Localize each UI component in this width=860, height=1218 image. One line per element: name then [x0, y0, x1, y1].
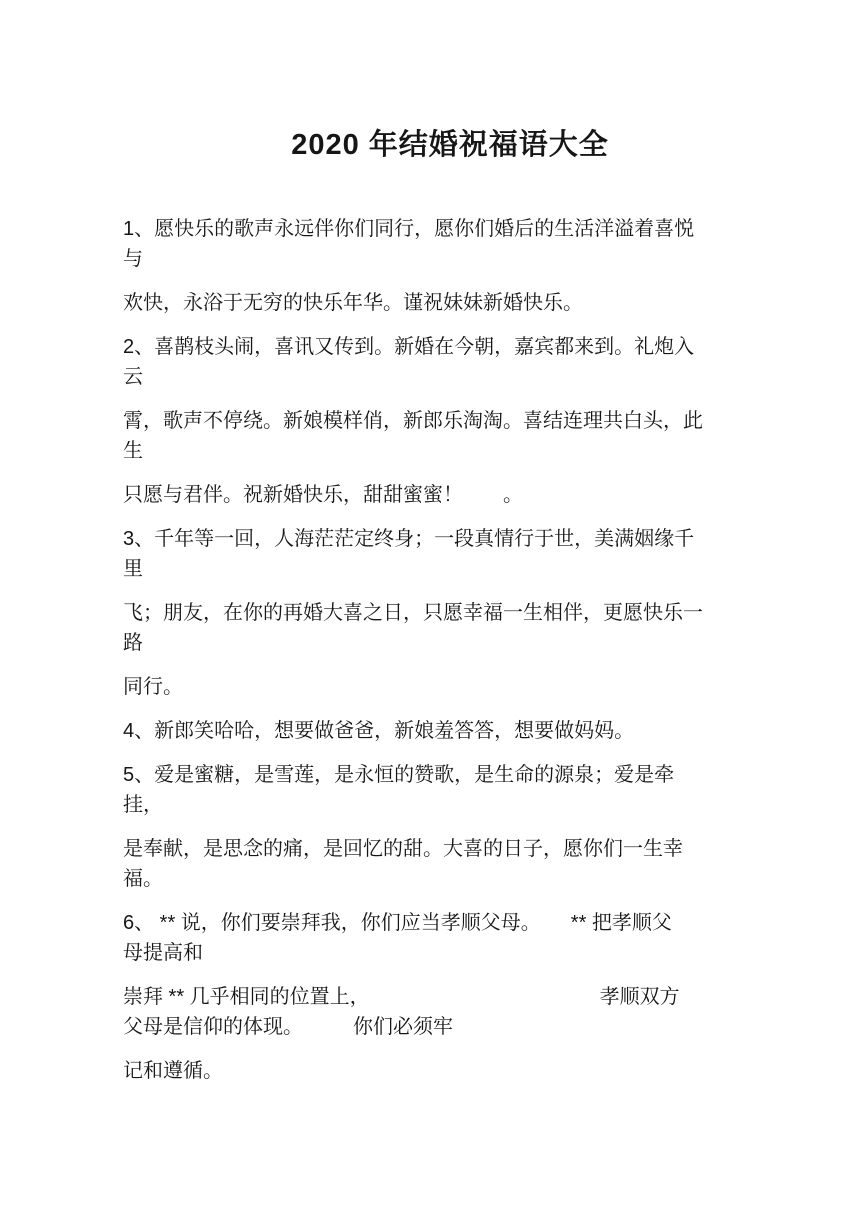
text-line: 3、千年等一回，人海茫茫定终身；一段真情行于世，美满姻缘千 — [123, 524, 763, 554]
page-title: 2020 年结婚祝福语大全 — [20, 128, 860, 162]
paragraph-2-continued: 霄，歌声不停绕。新娘模样俏，新郎乐淘淘。喜结连理共白头，此 生 — [123, 406, 763, 466]
paragraph-4: 4、新郎笑哈哈，想要做爸爸，新娘羞答答，想要做妈妈。 — [123, 716, 763, 746]
text-line: 欢快，永浴于无穷的快乐年华。谨祝妹妹新婚快乐。 — [123, 288, 763, 318]
paragraph-6: 6、 ** 说，你们要崇拜我，你们应当孝顺父母。 ** 把孝顺父 母提高和 — [123, 908, 763, 968]
paragraph-5-continued: 是奉献，是思念的痛，是回忆的甜。大喜的日子，愿你们一生幸 福。 — [123, 834, 763, 894]
text-line: 2、喜鹊枝头闹，喜讯又传到。新婚在今朝，嘉宾都来到。礼炮入 — [123, 332, 763, 362]
paragraph-5: 5、爱是蜜糖，是雪莲，是永恒的赞歌，是生命的源泉；爱是牵 挂， — [123, 760, 763, 820]
text-line: 里 — [123, 554, 763, 584]
text-line: 崇拜 ** 几乎相同的位置上， 孝顺双方 — [123, 982, 763, 1012]
text-line: 1、愿快乐的歌声永远伴你们同行，愿你们婚后的生活洋溢着喜悦 — [123, 214, 763, 244]
paragraph-2: 2、喜鹊枝头闹，喜讯又传到。新婚在今朝，嘉宾都来到。礼炮入 云 — [123, 332, 763, 392]
paragraph-6-continued: 崇拜 ** 几乎相同的位置上， 孝顺双方 父母是信仰的体现。 你们必须牢 — [123, 982, 763, 1042]
text-line: 挂， — [123, 790, 763, 820]
document-page: 2020 年结婚祝福语大全 1、愿快乐的歌声永远伴你们同行，愿你们婚后的生活洋溢… — [0, 0, 860, 1218]
paragraph-6-end: 记和遵循。 — [123, 1056, 763, 1086]
document-body: 1、愿快乐的歌声永远伴你们同行，愿你们婚后的生活洋溢着喜悦 与 欢快，永浴于无穷… — [123, 214, 763, 1100]
text-line: 云 — [123, 362, 763, 392]
text-line: 母提高和 — [123, 938, 763, 968]
text-line: 生 — [123, 436, 763, 466]
paragraph-2-end: 只愿与君伴。祝新婚快乐，甜甜蜜蜜！ 。 — [123, 480, 763, 510]
text-line: 霄，歌声不停绕。新娘模样俏，新郎乐淘淘。喜结连理共白头，此 — [123, 406, 763, 436]
paragraph-3-continued: 飞；朋友，在你的再婚大喜之日，只愿幸福一生相伴，更愿快乐一 路 — [123, 598, 763, 658]
paragraph-1-continued: 欢快，永浴于无穷的快乐年华。谨祝妹妹新婚快乐。 — [123, 288, 763, 318]
text-line: 记和遵循。 — [123, 1056, 763, 1086]
text-line: 路 — [123, 628, 763, 658]
text-line: 5、爱是蜜糖，是雪莲，是永恒的赞歌，是生命的源泉；爱是牵 — [123, 760, 763, 790]
paragraph-3-end: 同行。 — [123, 672, 763, 702]
text-line: 父母是信仰的体现。 你们必须牢 — [123, 1012, 763, 1042]
text-line: 是奉献，是思念的痛，是回忆的甜。大喜的日子，愿你们一生幸 — [123, 834, 763, 864]
text-line: 同行。 — [123, 672, 763, 702]
paragraph-3: 3、千年等一回，人海茫茫定终身；一段真情行于世，美满姻缘千 里 — [123, 524, 763, 584]
text-line: 6、 ** 说，你们要崇拜我，你们应当孝顺父母。 ** 把孝顺父 — [123, 908, 763, 938]
text-line: 4、新郎笑哈哈，想要做爸爸，新娘羞答答，想要做妈妈。 — [123, 716, 763, 746]
text-line: 飞；朋友，在你的再婚大喜之日，只愿幸福一生相伴，更愿快乐一 — [123, 598, 763, 628]
text-line: 与 — [123, 244, 763, 274]
text-line: 福。 — [123, 864, 763, 894]
text-line: 只愿与君伴。祝新婚快乐，甜甜蜜蜜！ 。 — [123, 480, 763, 510]
paragraph-1: 1、愿快乐的歌声永远伴你们同行，愿你们婚后的生活洋溢着喜悦 与 — [123, 214, 763, 274]
